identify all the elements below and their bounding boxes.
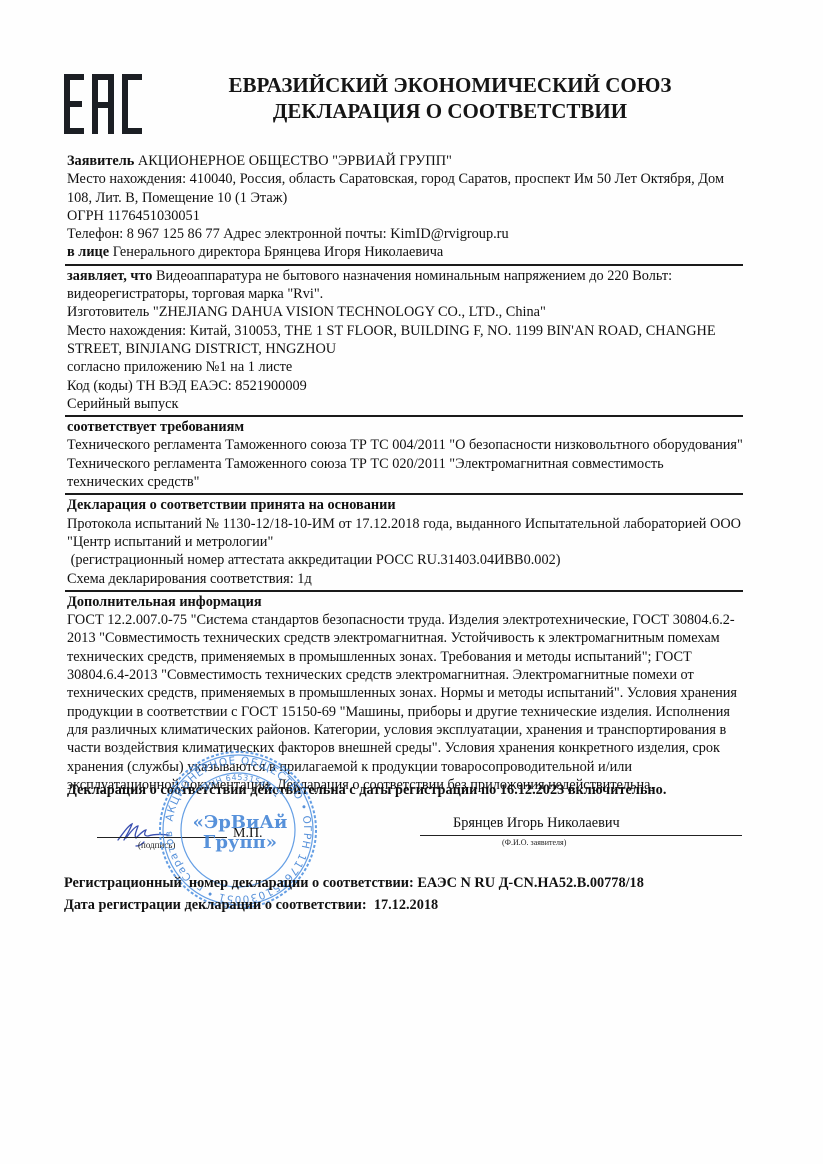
declares-label: заявляет, что	[67, 268, 152, 284]
basis-section: Декларация о соответствии принята на осн…	[67, 496, 743, 589]
manufacturer: Изготовитель "ZHEJIANG DAHUA VISION TECH…	[67, 303, 743, 321]
svg-text:ИНН 6453154311: ИНН 6453154311	[202, 773, 282, 800]
signer-name: Брянцев Игорь Николаевич	[453, 815, 620, 832]
registration-date-label: Дата регистрации декларации о соответств…	[64, 897, 374, 913]
represented-by: Генерального директора Брянцева Игоря Ни…	[109, 244, 443, 260]
declares-section: заявляет, что Видеоаппаратура не бытовог…	[67, 267, 743, 415]
section-divider	[65, 264, 743, 266]
additional-label: Дополнительная информация	[67, 593, 743, 611]
requirement-item: Технического регламента Таможенного союз…	[67, 455, 743, 492]
requirements-section: соответствует требованиям Технического р…	[67, 418, 743, 493]
represented-line: в лице Генерального директора Брянцева И…	[67, 243, 743, 261]
header-union-title: ЕВРАЗИЙСКИЙ ЭКОНОМИЧЕСКИЙ СОЮЗ	[160, 72, 740, 98]
declaration-page: ЕВРАЗИЙСКИЙ ЭКОНОМИЧЕСКИЙ СОЮЗ ДЕКЛАРАЦИ…	[0, 0, 823, 1164]
applicant-contacts: Телефон: 8 967 125 86 77 Адрес электронн…	[67, 225, 743, 243]
applicant-section: Заявитель АКЦИОНЕРНОЕ ОБЩЕСТВО "ЭРВИАЙ Г…	[67, 152, 743, 264]
accreditation-number: (регистрационный номер аттестата аккреди…	[67, 551, 743, 569]
tn-ved-code: Код (коды) ТН ВЭД ЕАЭС: 8521900009	[67, 377, 743, 395]
header-declaration-title: ДЕКЛАРАЦИЯ О СООТВЕТСТВИИ	[160, 98, 740, 124]
section-divider	[65, 415, 743, 417]
requirement-item: Технического регламента Таможенного союз…	[67, 436, 743, 454]
stamp-inn: ИНН 6453154311	[202, 773, 282, 800]
stamp-center-line1: «ЭрВиАй	[193, 812, 288, 833]
test-protocol: Протокола испытаний № 1130-12/18-10-ИМ о…	[67, 515, 743, 552]
applicant-address: Место нахождения: 410040, Россия, област…	[67, 170, 743, 207]
product-description: Видеоаппаратура не бытового назначения н…	[67, 268, 672, 302]
registration-number-label: Регистрационный номер декларации о соотв…	[64, 875, 417, 891]
manufacturer-address: Место нахождения: Китай, 310053, THE 1 S…	[67, 322, 743, 359]
registration-date-line: Дата регистрации декларации о соответств…	[64, 896, 438, 914]
basis-label: Декларация о соответствии принята на осн…	[67, 496, 743, 514]
product-line: заявляет, что Видеоаппаратура не бытовог…	[67, 267, 743, 304]
declaration-scheme: Схема декларирования соответствия: 1д	[67, 570, 743, 588]
registration-number-value: ЕАЭС N RU Д-CN.НА52.В.00778/18	[417, 875, 643, 891]
stamp-center-line2: Групп»	[203, 832, 277, 853]
signer-caption: (Ф.И.О. заявителя)	[502, 838, 566, 847]
applicant-line: Заявитель АКЦИОНЕРНОЕ ОБЩЕСТВО "ЭРВИАЙ Г…	[67, 152, 743, 170]
registration-number-line: Регистрационный номер декларации о соотв…	[64, 874, 644, 892]
section-divider	[65, 590, 743, 592]
section-divider	[65, 493, 743, 495]
represented-label: в лице	[67, 244, 109, 260]
applicant-ogrn: ОГРН 1176451030051	[67, 207, 743, 225]
declaration-body: Заявитель АКЦИОНЕРНОЕ ОБЩЕСТВО "ЭРВИАЙ Г…	[67, 152, 743, 796]
eac-mark-icon	[64, 74, 142, 134]
appendix-note: согласно приложению №1 на 1 листе	[67, 358, 743, 376]
production-type: Серийный выпуск	[67, 395, 743, 413]
applicant-label: Заявитель	[67, 153, 134, 169]
signer-name-line	[420, 835, 742, 836]
document-header: ЕВРАЗИЙСКИЙ ЭКОНОМИЧЕСКИЙ СОЮЗ ДЕКЛАРАЦИ…	[160, 72, 740, 124]
applicant-name: АКЦИОНЕРНОЕ ОБЩЕСТВО "ЭРВИАЙ ГРУПП"	[134, 153, 452, 169]
registration-date-value: 17.12.2018	[374, 897, 438, 913]
requirements-label: соответствует требованиям	[67, 418, 743, 436]
